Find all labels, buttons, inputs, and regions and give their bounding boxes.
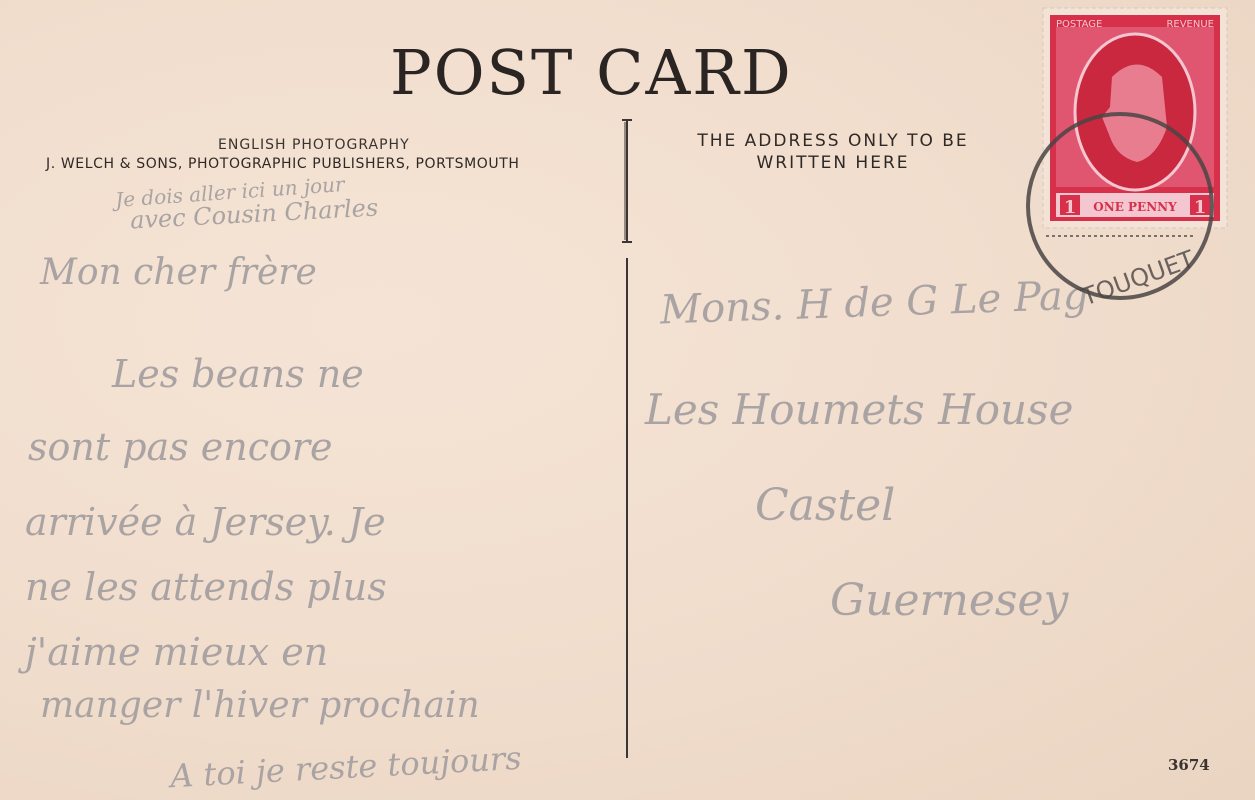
message-line: Mon cher frère: [40, 252, 317, 293]
message-line: manger l'hiver prochain: [40, 685, 480, 726]
message-line: j'aime mieux en: [25, 630, 328, 674]
publisher-line-2: J. WELCH & SONS, PHOTOGRAPHIC PUBLISHERS…: [46, 156, 520, 172]
serial-number: 3674: [1168, 756, 1210, 774]
address-notice: THE ADDRESS ONLY TO BE WRITTEN HERE: [672, 130, 994, 174]
postcard-title: POST CARD: [390, 42, 793, 104]
message-line: arrivée à Jersey. Je: [25, 500, 386, 544]
address-line: Les Houmets House: [645, 385, 1073, 434]
svg-text:REVENUE: REVENUE: [1166, 19, 1214, 30]
message-line: ne les attends plus: [25, 565, 387, 609]
message-line: sont pas encore: [28, 425, 333, 469]
address-line: Castel: [755, 480, 895, 531]
divider-ornament: [622, 118, 632, 244]
svg-text:POSTAGE: POSTAGE: [1056, 19, 1102, 30]
address-line: Guernesey: [830, 575, 1068, 626]
postmark-icon: TOUQUET: [1018, 108, 1218, 304]
address-notice-line-2: WRITTEN HERE: [672, 152, 994, 174]
message-line: Les beans ne: [112, 352, 364, 396]
publisher-line-1: ENGLISH PHOTOGRAPHY: [218, 137, 410, 153]
postcard-back: POST CARD ENGLISH PHOTOGRAPHY J. WELCH &…: [0, 0, 1255, 800]
divider-line: [626, 258, 628, 758]
message-line: A toi je reste toujours: [169, 739, 522, 795]
address-notice-line-1: THE ADDRESS ONLY TO BE: [672, 130, 994, 152]
